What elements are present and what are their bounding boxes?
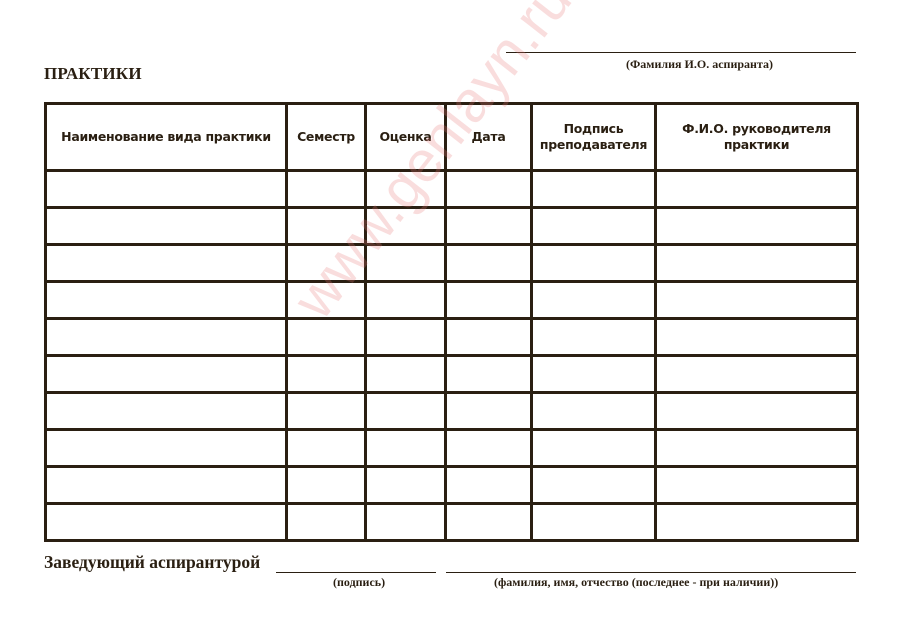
cell-date[interactable] (446, 208, 532, 245)
cell-supervisor-name[interactable] (656, 319, 858, 356)
cell-date[interactable] (446, 430, 532, 467)
cell-semester[interactable] (287, 282, 366, 319)
cell-date[interactable] (446, 245, 532, 282)
table-row (46, 356, 858, 393)
table-row (46, 245, 858, 282)
cell-teacher-signature[interactable] (532, 208, 656, 245)
cell-teacher-signature[interactable] (532, 467, 656, 504)
table-row (46, 319, 858, 356)
cell-supervisor-name[interactable] (656, 504, 858, 541)
column-header-date: Дата (446, 104, 532, 171)
cell-teacher-signature[interactable] (532, 245, 656, 282)
cell-grade[interactable] (366, 282, 446, 319)
table-row (46, 504, 858, 541)
head-of-postgraduate-label: Заведующий аспирантурой (44, 552, 260, 573)
cell-teacher-signature[interactable] (532, 356, 656, 393)
cell-teacher-signature[interactable] (532, 504, 656, 541)
column-header-practice-type: Наименование вида практики (46, 104, 287, 171)
section-title: ПРАКТИКИ (44, 64, 142, 84)
student-name-line[interactable] (506, 52, 856, 53)
table-header-row: Наименование вида практики Семестр Оценк… (46, 104, 858, 171)
cell-grade[interactable] (366, 393, 446, 430)
cell-supervisor-name[interactable] (656, 356, 858, 393)
cell-date[interactable] (446, 467, 532, 504)
cell-teacher-signature[interactable] (532, 393, 656, 430)
cell-supervisor-name[interactable] (656, 467, 858, 504)
cell-semester[interactable] (287, 208, 366, 245)
cell-grade[interactable] (366, 504, 446, 541)
cell-practice-type[interactable] (46, 319, 287, 356)
column-header-supervisor-name: Ф.И.О. руководителя практики (656, 104, 858, 171)
cell-practice-type[interactable] (46, 393, 287, 430)
cell-practice-type[interactable] (46, 356, 287, 393)
cell-supervisor-name[interactable] (656, 208, 858, 245)
cell-supervisor-name[interactable] (656, 171, 858, 208)
cell-date[interactable] (446, 282, 532, 319)
table-row (46, 171, 858, 208)
full-name-caption: (фамилия, имя, отчество (последнее - при… (494, 575, 778, 590)
cell-grade[interactable] (366, 245, 446, 282)
cell-date[interactable] (446, 504, 532, 541)
cell-practice-type[interactable] (46, 245, 287, 282)
cell-supervisor-name[interactable] (656, 430, 858, 467)
cell-semester[interactable] (287, 171, 366, 208)
cell-grade[interactable] (366, 430, 446, 467)
cell-practice-type[interactable] (46, 430, 287, 467)
full-name-line[interactable] (446, 572, 856, 573)
cell-date[interactable] (446, 171, 532, 208)
cell-supervisor-name[interactable] (656, 393, 858, 430)
table-row (46, 282, 858, 319)
cell-semester[interactable] (287, 467, 366, 504)
cell-supervisor-name[interactable] (656, 245, 858, 282)
table-row (46, 208, 858, 245)
table-row (46, 430, 858, 467)
table-row (46, 467, 858, 504)
cell-grade[interactable] (366, 171, 446, 208)
cell-practice-type[interactable] (46, 467, 287, 504)
practice-table: Наименование вида практики Семестр Оценк… (44, 102, 859, 542)
column-header-semester: Семестр (287, 104, 366, 171)
column-header-teacher-signature: Подпись преподавателя (532, 104, 656, 171)
signature-line[interactable] (276, 572, 436, 573)
cell-semester[interactable] (287, 393, 366, 430)
column-header-grade: Оценка (366, 104, 446, 171)
cell-date[interactable] (446, 319, 532, 356)
cell-semester[interactable] (287, 504, 366, 541)
cell-grade[interactable] (366, 208, 446, 245)
cell-practice-type[interactable] (46, 504, 287, 541)
cell-practice-type[interactable] (46, 208, 287, 245)
table-row (46, 393, 858, 430)
cell-grade[interactable] (366, 467, 446, 504)
cell-teacher-signature[interactable] (532, 430, 656, 467)
cell-teacher-signature[interactable] (532, 282, 656, 319)
cell-date[interactable] (446, 356, 532, 393)
signature-caption: (подпись) (333, 575, 385, 590)
cell-semester[interactable] (287, 319, 366, 356)
cell-teacher-signature[interactable] (532, 319, 656, 356)
cell-teacher-signature[interactable] (532, 171, 656, 208)
student-name-caption: (Фамилия И.О. аспиранта) (626, 57, 773, 72)
cell-grade[interactable] (366, 319, 446, 356)
cell-practice-type[interactable] (46, 282, 287, 319)
cell-semester[interactable] (287, 356, 366, 393)
cell-semester[interactable] (287, 430, 366, 467)
cell-semester[interactable] (287, 245, 366, 282)
cell-grade[interactable] (366, 356, 446, 393)
cell-supervisor-name[interactable] (656, 282, 858, 319)
cell-practice-type[interactable] (46, 171, 287, 208)
cell-date[interactable] (446, 393, 532, 430)
